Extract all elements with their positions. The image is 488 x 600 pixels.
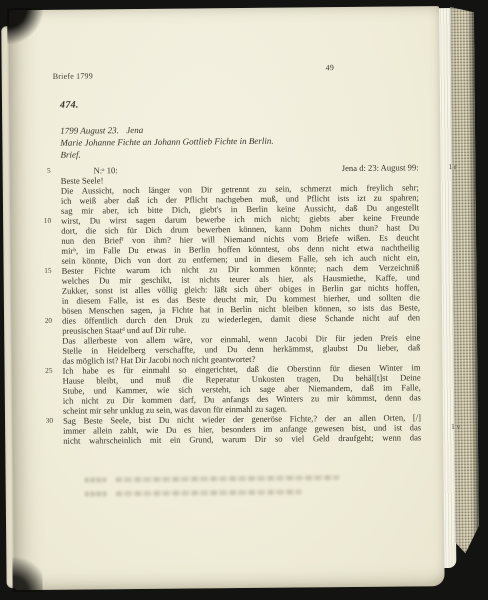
book-page: Briefe 1799 49 474. 1799 August 23.Jena … — [9, 6, 445, 590]
line-number: 10 — [37, 216, 51, 226]
line-text: nicht wahrscheinlich mit ein Grund, waru… — [63, 432, 421, 445]
blurred-footnote-prefix — [85, 477, 107, 482]
running-head-title: Briefe 1799 — [53, 71, 93, 80]
letter-numero-notation: N:ᵃ 10: — [94, 165, 118, 175]
folio-margin-note: 1 v — [451, 422, 485, 432]
line-number: 5 — [37, 166, 51, 176]
photographed-book: Briefe 1799 49 474. 1799 August 23.Jena … — [0, 0, 488, 600]
blurred-footnote-text — [116, 489, 302, 496]
folio-margin-note: 1 r — [449, 162, 483, 172]
letter-body: 5 N:ᵃ 10:Jena d: 23: August 99: 1 r Best… — [61, 162, 422, 445]
line-number: 30 — [39, 416, 53, 426]
apparatus-footnotes — [85, 475, 340, 505]
blurred-footnote-prefix — [85, 491, 107, 496]
letter-date: 1799 August 23. — [60, 124, 126, 137]
page-number: 49 — [326, 63, 334, 72]
letter-place: Jena — [126, 125, 143, 135]
text-line: nicht wahrscheinlich mit ein Grund, waru… — [63, 432, 421, 445]
line-number: 25 — [39, 366, 53, 376]
letter-number-heading: 474. — [60, 100, 79, 111]
letter-type-line: Brief. — [60, 147, 273, 161]
letter-meta-block: 1799 August 23.Jena Marie Johanne Fichte… — [60, 123, 274, 161]
letter-address-line: Marie Johanne Fichte an Johann Gottlieb … — [60, 135, 273, 149]
running-head: Briefe 1799 49 — [10, 68, 440, 72]
line-number: 15 — [38, 266, 52, 276]
blurred-apparatus-line — [85, 489, 340, 496]
blurred-apparatus-line — [85, 475, 340, 482]
line-number: 20 — [38, 316, 52, 326]
blurred-footnote-text — [116, 475, 340, 482]
